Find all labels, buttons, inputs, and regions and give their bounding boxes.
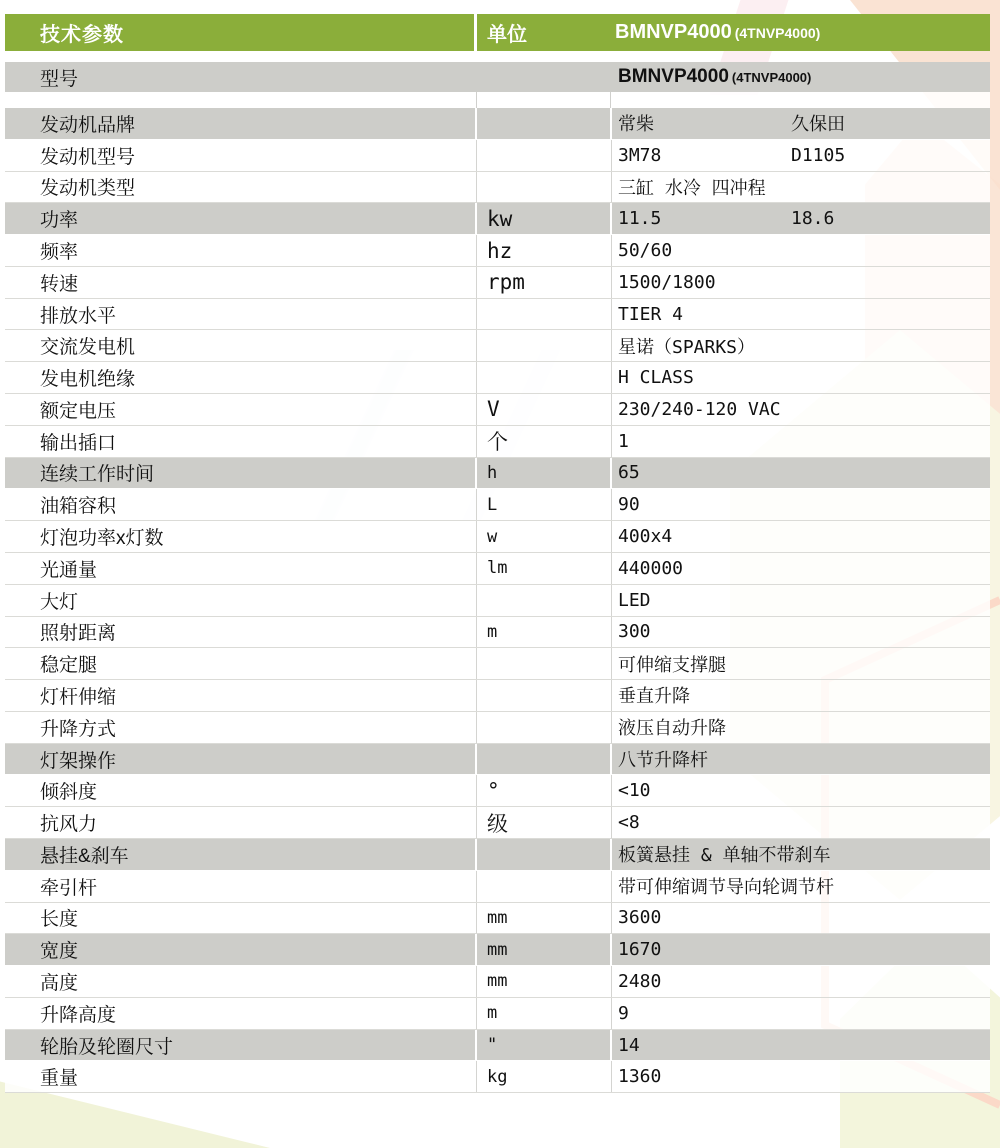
row-unit — [477, 108, 612, 139]
row-value: 11.5 18.6 — [612, 203, 990, 234]
row-value-primary: 50/60 — [618, 240, 672, 261]
row-value: 1500/1800 — [612, 267, 990, 298]
row-value-primary: <10 — [618, 780, 651, 801]
row-value: 65 — [612, 458, 990, 489]
row-unit: V — [477, 394, 612, 425]
spec-row: 抗风力 级 <8 — [5, 807, 990, 839]
row-value-primary: 三缸 水冷 四冲程 — [618, 174, 766, 200]
spec-row: 升降高度 m 9 — [5, 998, 990, 1030]
spec-row: 大灯 LED — [5, 585, 990, 617]
table-header: 技术参数 单位 BMNVP4000 (4TNVP4000) — [5, 14, 990, 51]
row-unit — [477, 839, 612, 870]
row-value-primary: 400x4 — [618, 526, 672, 547]
spec-row: 转速 rpm 1500/1800 — [5, 267, 990, 299]
row-value: 三缸 水冷 四冲程 — [612, 172, 990, 203]
row-unit: m — [477, 998, 612, 1029]
row-unit — [477, 648, 612, 679]
row-value: 3600 — [612, 903, 990, 934]
row-value: 300 — [612, 617, 990, 648]
row-unit — [477, 744, 612, 775]
model-value-name: BMNVP4000 — [618, 66, 729, 88]
row-label: 轮胎及轮圈尺寸 — [5, 1030, 477, 1061]
row-label: 油箱容积 — [5, 489, 477, 520]
spec-row: 发动机类型 三缸 水冷 四冲程 — [5, 172, 990, 204]
spec-row: 灯架操作 八节升降杆 — [5, 744, 990, 776]
row-value-primary: 板簧悬挂 & 单轴不带刹车 — [618, 841, 831, 867]
row-value: 50/60 — [612, 235, 990, 266]
row-label: 发动机型号 — [5, 140, 477, 171]
row-label: 宽度 — [5, 934, 477, 965]
row-unit — [477, 299, 612, 330]
row-value-primary: 14 — [618, 1035, 640, 1056]
row-value: 板簧悬挂 & 单轴不带刹车 — [612, 839, 990, 870]
row-value: 2480 — [612, 966, 990, 997]
row-value: 垂直升降 — [612, 680, 990, 711]
row-label: 频率 — [5, 235, 477, 266]
spec-row: 额定电压 V 230/240-120 VAC — [5, 394, 990, 426]
row-value: 90 — [612, 489, 990, 520]
row-value: 常柴 久保田 — [612, 108, 990, 139]
row-value: 14 — [612, 1030, 990, 1061]
row-unit — [477, 680, 612, 711]
row-unit: hz — [477, 235, 612, 266]
row-label: 发动机品牌 — [5, 108, 477, 139]
row-unit — [477, 172, 612, 203]
row-unit: mm — [477, 934, 612, 965]
row-unit — [477, 585, 612, 616]
row-unit: " — [477, 1030, 612, 1061]
spec-row: 稳定腿 可伸缩支撑腿 — [5, 648, 990, 680]
spec-row: 重量 kg 1360 — [5, 1061, 990, 1093]
row-value-primary: 3M78 — [618, 145, 791, 166]
spec-row: 输出插口 个 1 — [5, 426, 990, 458]
row-label: 灯泡功率x灯数 — [5, 521, 477, 552]
row-value-primary: 9 — [618, 1003, 629, 1024]
row-unit: h — [477, 458, 612, 489]
row-value-primary: LED — [618, 590, 651, 611]
row-value-primary: TIER 4 — [618, 304, 683, 325]
spec-row: 长度 mm 3600 — [5, 903, 990, 935]
row-unit — [477, 140, 612, 171]
row-value-secondary: D1105 — [791, 145, 845, 166]
header-model-cell: BMNVP4000 (4TNVP4000) — [609, 14, 990, 51]
spec-sheet-page: 技术参数 单位 BMNVP4000 (4TNVP4000) 型号 BMNVP40… — [0, 0, 1000, 1148]
row-unit: L — [477, 489, 612, 520]
row-unit: mm — [477, 903, 612, 934]
spec-row: 照射距离 m 300 — [5, 617, 990, 649]
row-value: LED — [612, 585, 990, 616]
row-label: 光通量 — [5, 553, 477, 584]
row-label: 重量 — [5, 1061, 477, 1092]
spec-row: 灯杆伸缩 垂直升降 — [5, 680, 990, 712]
row-label: 升降方式 — [5, 712, 477, 743]
spec-row: 悬挂&刹车 板簧悬挂 & 单轴不带刹车 — [5, 839, 990, 871]
row-value: 液压自动升降 — [612, 712, 990, 743]
spec-row: 排放水平 TIER 4 — [5, 299, 990, 331]
spec-row: 升降方式 液压自动升降 — [5, 712, 990, 744]
row-label: 照射距离 — [5, 617, 477, 648]
row-value-secondary: 久保田 — [791, 110, 845, 136]
spec-row: 发动机型号 3M78 D1105 — [5, 140, 990, 172]
row-label: 悬挂&刹车 — [5, 839, 477, 870]
row-value: 可伸缩支撑腿 — [612, 648, 990, 679]
row-value-primary: <8 — [618, 812, 640, 833]
row-value-primary: 1 — [618, 431, 629, 452]
row-label: 额定电压 — [5, 394, 477, 425]
spec-row: 牵引杆 带可伸缩调节导向轮调节杆 — [5, 871, 990, 903]
row-unit: kg — [477, 1061, 612, 1092]
spacer-row — [5, 92, 990, 108]
header-model-name: BMNVP4000 — [615, 21, 732, 44]
row-value-primary: 2480 — [618, 971, 661, 992]
row-value: TIER 4 — [612, 299, 990, 330]
row-value: 带可伸缩调节导向轮调节杆 — [612, 871, 990, 902]
row-value-primary: 300 — [618, 621, 651, 642]
row-unit: ° — [477, 775, 612, 806]
spec-row: 交流发电机 星诺（SPARKS） — [5, 330, 990, 362]
header-unit-column-label: 单位 — [477, 14, 609, 51]
spec-row: 功率 kw 11.5 18.6 — [5, 203, 990, 235]
spacer-label-cell — [5, 92, 477, 108]
row-value: 星诺（SPARKS） — [612, 330, 990, 361]
row-value-primary: 1670 — [618, 939, 661, 960]
row-value-primary: 可伸缩支撑腿 — [618, 651, 726, 677]
spec-rows: 发动机品牌 常柴 久保田 发动机型号 3M78 D1105 发动机类型 三缸 水… — [5, 108, 990, 1093]
row-value-primary: 1500/1800 — [618, 272, 716, 293]
row-label: 交流发电机 — [5, 330, 477, 361]
spec-row: 发电机绝缘 H CLASS — [5, 362, 990, 394]
row-unit: 级 — [477, 807, 612, 838]
row-label: 输出插口 — [5, 426, 477, 457]
row-label: 发电机绝缘 — [5, 362, 477, 393]
row-label: 功率 — [5, 203, 477, 234]
row-unit: m — [477, 617, 612, 648]
spec-row: 倾斜度 ° <10 — [5, 775, 990, 807]
row-label: 转速 — [5, 267, 477, 298]
row-value-primary: H CLASS — [618, 367, 694, 388]
row-label: 灯架操作 — [5, 744, 477, 775]
spec-row: 油箱容积 L 90 — [5, 489, 990, 521]
row-value: 1 — [612, 426, 990, 457]
row-value-secondary: 18.6 — [791, 208, 834, 229]
row-value-primary: 常柴 — [618, 110, 791, 136]
row-value-primary: 垂直升降 — [618, 682, 690, 708]
row-label: 倾斜度 — [5, 775, 477, 806]
header-gap — [5, 51, 990, 62]
row-value: 3M78 D1105 — [612, 140, 990, 171]
model-value-code: (4TNVP4000) — [732, 70, 811, 85]
row-label: 连续工作时间 — [5, 458, 477, 489]
row-value-primary: 11.5 — [618, 208, 791, 229]
row-label: 稳定腿 — [5, 648, 477, 679]
row-unit: rpm — [477, 267, 612, 298]
row-unit: w — [477, 521, 612, 552]
row-value: 9 — [612, 998, 990, 1029]
row-unit: mm — [477, 966, 612, 997]
spacer-unit-cell — [477, 92, 611, 108]
spec-row: 频率 hz 50/60 — [5, 235, 990, 267]
header-model-code: (4TNVP4000) — [735, 25, 821, 41]
row-value-primary: 3600 — [618, 907, 661, 928]
row-value: 440000 — [612, 553, 990, 584]
row-unit — [477, 712, 612, 743]
spec-row: 灯泡功率x灯数 w 400x4 — [5, 521, 990, 553]
row-value-primary: 90 — [618, 494, 640, 515]
spec-row: 光通量 lm 440000 — [5, 553, 990, 585]
row-label: 排放水平 — [5, 299, 477, 330]
row-value: <8 — [612, 807, 990, 838]
row-label: 牵引杆 — [5, 871, 477, 902]
spec-row: 轮胎及轮圈尺寸 " 14 — [5, 1030, 990, 1062]
row-unit — [477, 330, 612, 361]
row-unit — [477, 362, 612, 393]
row-value: 400x4 — [612, 521, 990, 552]
row-value-primary: 440000 — [618, 558, 683, 579]
row-label: 长度 — [5, 903, 477, 934]
spec-table: 技术参数 单位 BMNVP4000 (4TNVP4000) 型号 BMNVP40… — [5, 14, 990, 1093]
model-row: 型号 BMNVP4000 (4TNVP4000) — [5, 62, 990, 92]
spec-row: 发动机品牌 常柴 久保田 — [5, 108, 990, 140]
row-value-primary: 八节升降杆 — [618, 746, 708, 772]
row-unit — [477, 871, 612, 902]
spec-row: 宽度 mm 1670 — [5, 934, 990, 966]
row-unit: lm — [477, 553, 612, 584]
row-value-primary: 星诺（SPARKS） — [618, 333, 755, 359]
row-value: 230/240-120 VAC — [612, 394, 990, 425]
header-title: 技术参数 — [5, 14, 477, 51]
row-value-primary: 液压自动升降 — [618, 714, 726, 740]
row-unit: 个 — [477, 426, 612, 457]
row-label: 大灯 — [5, 585, 477, 616]
model-row-value: BMNVP4000 (4TNVP4000) — [612, 66, 811, 88]
row-value: H CLASS — [612, 362, 990, 393]
row-label: 升降高度 — [5, 998, 477, 1029]
row-label: 发动机类型 — [5, 172, 477, 203]
row-label: 抗风力 — [5, 807, 477, 838]
spec-row: 高度 mm 2480 — [5, 966, 990, 998]
row-label: 高度 — [5, 966, 477, 997]
row-value-primary: 带可伸缩调节导向轮调节杆 — [618, 873, 834, 899]
row-value: 1670 — [612, 934, 990, 965]
row-value: 1360 — [612, 1061, 990, 1092]
model-row-label: 型号 — [5, 64, 477, 91]
row-value-primary: 1360 — [618, 1066, 661, 1087]
row-value-primary: 230/240-120 VAC — [618, 399, 781, 420]
spec-row: 连续工作时间 h 65 — [5, 458, 990, 490]
row-value: 八节升降杆 — [612, 744, 990, 775]
row-unit: kw — [477, 203, 612, 234]
row-label: 灯杆伸缩 — [5, 680, 477, 711]
row-value: <10 — [612, 775, 990, 806]
row-value-primary: 65 — [618, 462, 640, 483]
